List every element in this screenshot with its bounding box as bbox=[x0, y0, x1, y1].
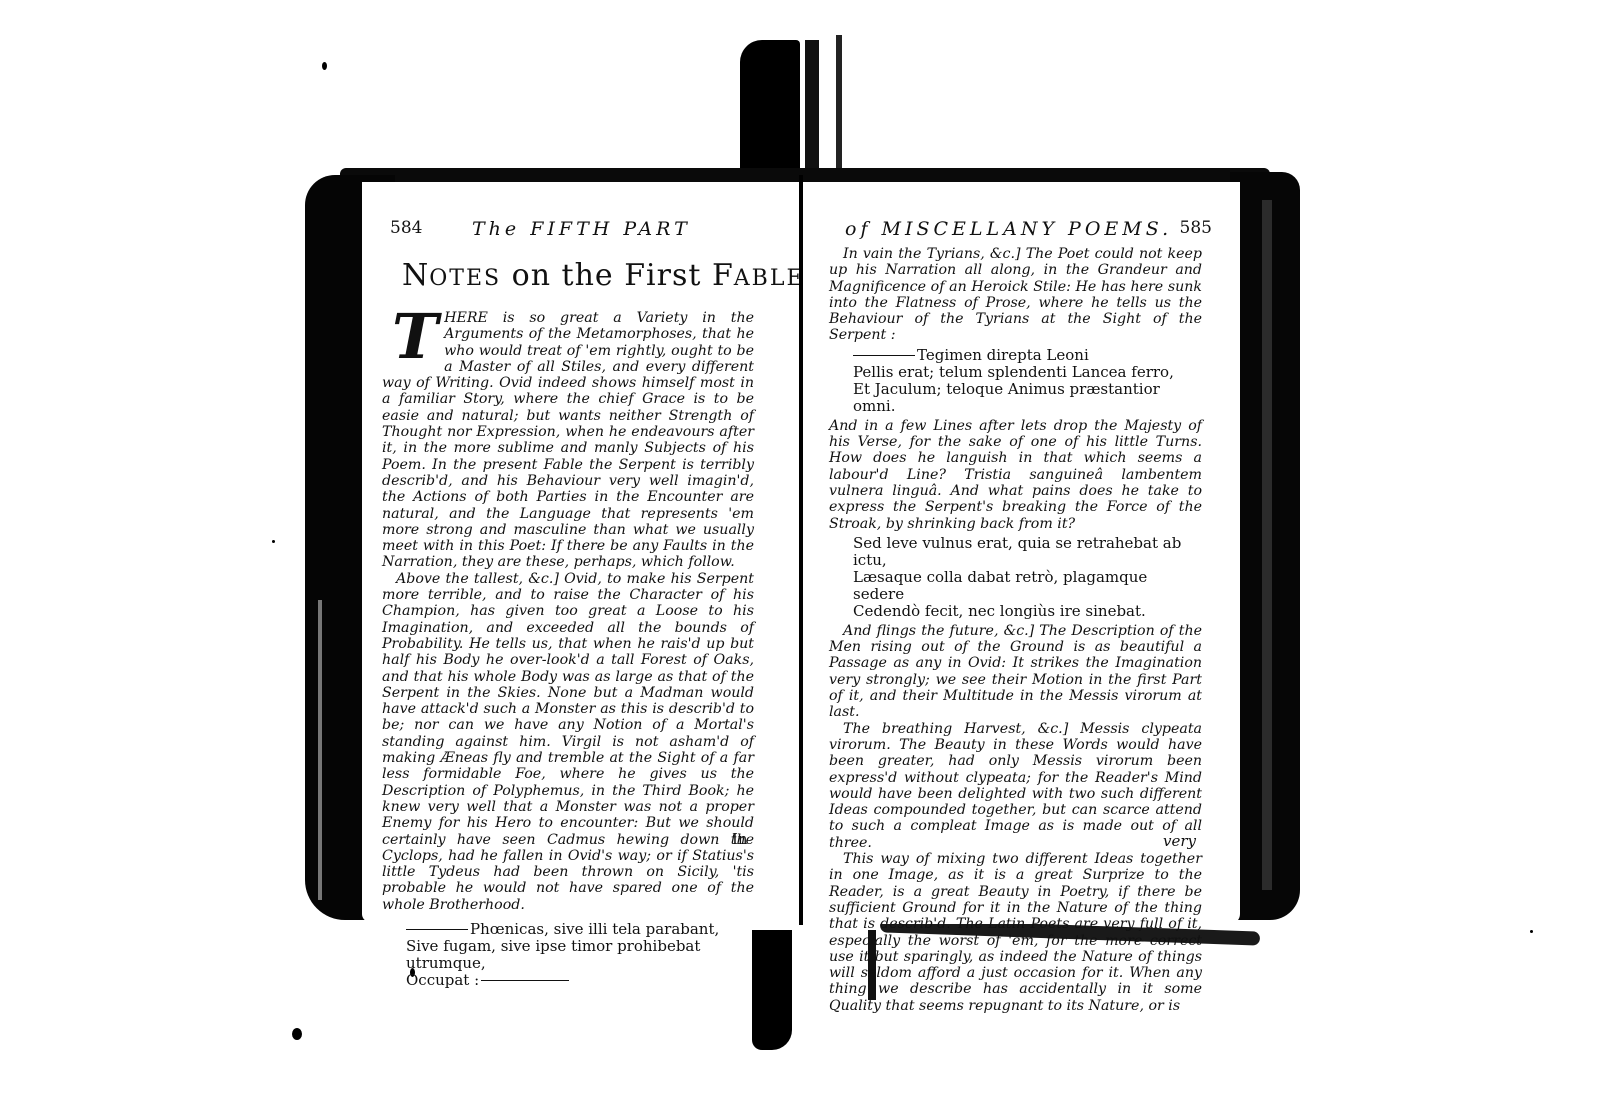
verse-line: Cedendò fecit, nec longiùs ire sinebat. bbox=[853, 603, 1202, 620]
page-edges-right bbox=[1262, 200, 1272, 890]
verse-line-text: Occupat : bbox=[406, 971, 479, 989]
verse-line: Phœnicas, sive illi tela parabant, bbox=[406, 921, 754, 938]
paragraph: Above the tallest, &c.] Ovid, to make hi… bbox=[382, 571, 754, 913]
paragraph: THERE is so great a Variety in the Argum… bbox=[382, 310, 754, 571]
catchword: In bbox=[732, 830, 748, 848]
chapter-title-part: F bbox=[712, 258, 734, 293]
page-number: 585 bbox=[1180, 218, 1212, 238]
verse-line: Sed leve vulnus erat, quia se retrahebat… bbox=[853, 535, 1202, 569]
book-spine-top bbox=[740, 40, 800, 180]
chapter-title-part: N bbox=[402, 258, 429, 293]
page-number: 584 bbox=[390, 218, 422, 238]
verse-line-text: Phœnicas, sive illi tela parabant, bbox=[470, 920, 719, 938]
chapter-title-part: on the First bbox=[501, 258, 712, 293]
verse-line: Occupat : bbox=[406, 972, 754, 989]
verse-line-text: Tegimen direpta Leoni bbox=[917, 346, 1089, 364]
paragraph: And in a few Lines after lets drop the M… bbox=[829, 418, 1202, 532]
chapter-title-part: ABLE bbox=[734, 266, 805, 291]
book-spine-bottom bbox=[752, 930, 792, 1050]
verse-line: Sive fugam, sive ipse timor prohibebat u… bbox=[406, 938, 754, 972]
verse-line: Læsaque colla dabat retrò, plagamque sed… bbox=[853, 569, 1202, 603]
scan-speck bbox=[272, 540, 275, 543]
scan-speck bbox=[322, 62, 327, 70]
chapter-title-part: OTES bbox=[429, 266, 501, 291]
left-page: 584 The FIFTH PART NOTES on the First FA… bbox=[362, 182, 800, 922]
verse-quote: Sed leve vulnus erat, quia se retrahebat… bbox=[853, 535, 1202, 620]
body-text: In vain the Tyrians, &c.] The Poet could… bbox=[829, 246, 1202, 1014]
paragraph: And flings the future, &c.] The Descript… bbox=[829, 623, 1202, 721]
running-head: 584 The FIFTH PART bbox=[390, 218, 772, 244]
scan-speck bbox=[1530, 930, 1533, 933]
paragraph: This way of mixing two different Ideas t… bbox=[829, 851, 1202, 1014]
running-head: of MISCELLANY POEMS. 585 bbox=[833, 218, 1212, 244]
running-head-title: The FIFTH PART bbox=[472, 218, 691, 240]
em-rule bbox=[853, 355, 915, 356]
book-top-edge bbox=[340, 168, 1270, 182]
em-rule bbox=[406, 929, 468, 930]
verse-line: Tegimen direpta Leoni bbox=[853, 347, 1202, 364]
running-head-title: of MISCELLANY POEMS. bbox=[845, 218, 1172, 240]
chapter-title: NOTES on the First FABLE. bbox=[402, 258, 815, 293]
verse-quote: Phœnicas, sive illi tela parabant, Sive … bbox=[406, 921, 754, 989]
em-rule bbox=[481, 980, 569, 981]
catchword: very bbox=[1163, 832, 1196, 850]
book-spine-strip bbox=[836, 35, 842, 175]
paragraph: In vain the Tyrians, &c.] The Poet could… bbox=[829, 246, 1202, 344]
body-text: THERE is so great a Variety in the Argum… bbox=[382, 310, 754, 992]
page-edges-left bbox=[318, 600, 322, 900]
book-spine-strip bbox=[805, 40, 819, 180]
paragraph: The breathing Harvest, &c.] Messis clype… bbox=[829, 721, 1202, 851]
verse-line: Pellis erat; telum splendenti Lancea fer… bbox=[853, 364, 1202, 381]
scan-speck bbox=[292, 1028, 302, 1040]
verse-quote: Tegimen direpta Leoni Pellis erat; telum… bbox=[853, 347, 1202, 415]
book-gutter bbox=[799, 175, 803, 925]
right-page: of MISCELLANY POEMS. 585 In vain the Tyr… bbox=[805, 182, 1240, 924]
dropcap: T bbox=[392, 312, 438, 362]
verse-line: Et Jaculum; teloque Animus præstantior o… bbox=[853, 381, 1202, 415]
